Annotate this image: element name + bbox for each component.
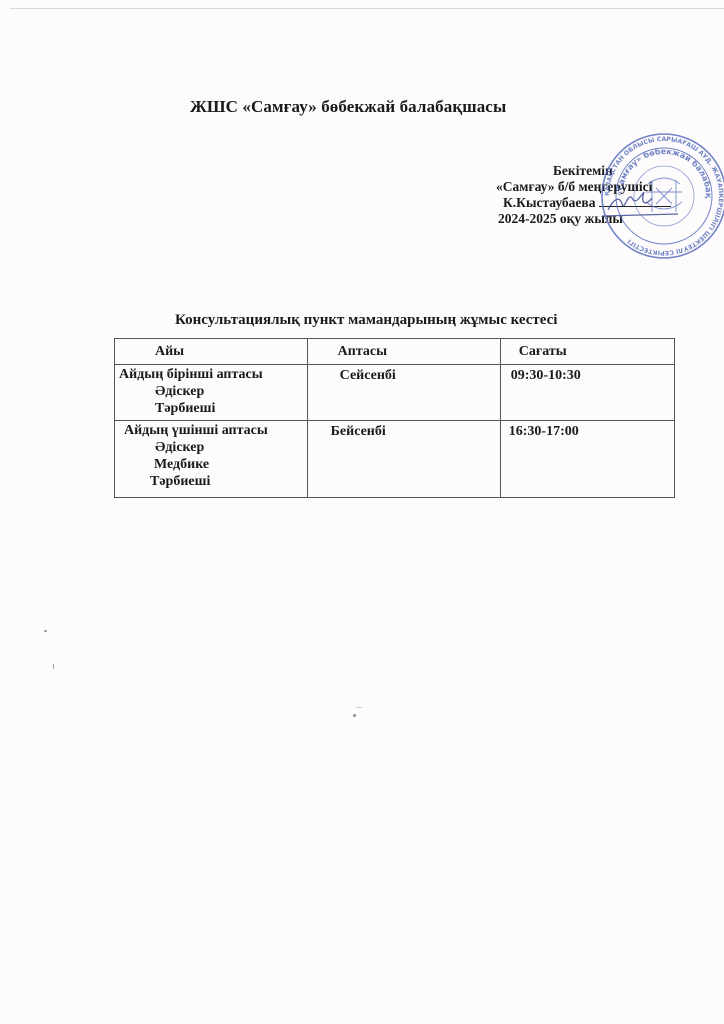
schedule-table: Айы Аптасы Сағаты Айдың бірінші аптасы Ә… bbox=[114, 338, 675, 498]
scan-speck bbox=[353, 714, 356, 717]
header-month: Айы bbox=[115, 339, 308, 365]
day-cell: Сейсенбі bbox=[307, 365, 500, 421]
specialist-name: Әдіскер bbox=[115, 439, 307, 456]
signer-name: К.Кыстаубаева bbox=[503, 195, 595, 210]
specialist-name: Тәрбиеші bbox=[115, 473, 307, 490]
day-cell: Бейсенбі bbox=[307, 421, 500, 498]
table-row: Айдың бірінші аптасы Әдіскер Тәрбиеші Се… bbox=[115, 365, 675, 421]
scan-speck bbox=[53, 664, 54, 669]
header-week: Аптасы bbox=[307, 339, 500, 365]
month-period: Айдың үшінші аптасы bbox=[115, 422, 307, 439]
official-stamp-icon: ҚАЗАҚСТАН ОБЛЫСЫ САРЫАҒАШ АУД. ЖАУАПКЕРШ… bbox=[600, 132, 724, 260]
scan-speck bbox=[356, 707, 362, 708]
month-period: Айдың бірінші аптасы bbox=[115, 366, 307, 383]
scan-speck bbox=[44, 630, 47, 632]
header-hours: Сағаты bbox=[500, 339, 674, 365]
specialist-name: Тәрбиеші bbox=[115, 400, 307, 417]
schedule-title: Консультациялық пункт мамандарының жұмыс… bbox=[175, 312, 557, 329]
time-cell: 09:30-10:30 bbox=[500, 365, 674, 421]
month-cell: Айдың үшінші аптасы Әдіскер Медбике Тәрб… bbox=[115, 421, 308, 498]
time-cell: 16:30-17:00 bbox=[500, 421, 674, 498]
table-header-row: Айы Аптасы Сағаты bbox=[115, 339, 675, 365]
scan-top-edge bbox=[10, 8, 724, 9]
specialist-name: Медбике bbox=[115, 456, 307, 473]
table-row: Айдың үшінші аптасы Әдіскер Медбике Тәрб… bbox=[115, 421, 675, 498]
month-cell: Айдың бірінші аптасы Әдіскер Тәрбиеші bbox=[115, 365, 308, 421]
organization-title: ЖШС «Самғау» бөбекжай балабақшасы bbox=[190, 97, 506, 117]
specialist-name: Әдіскер bbox=[115, 383, 307, 400]
